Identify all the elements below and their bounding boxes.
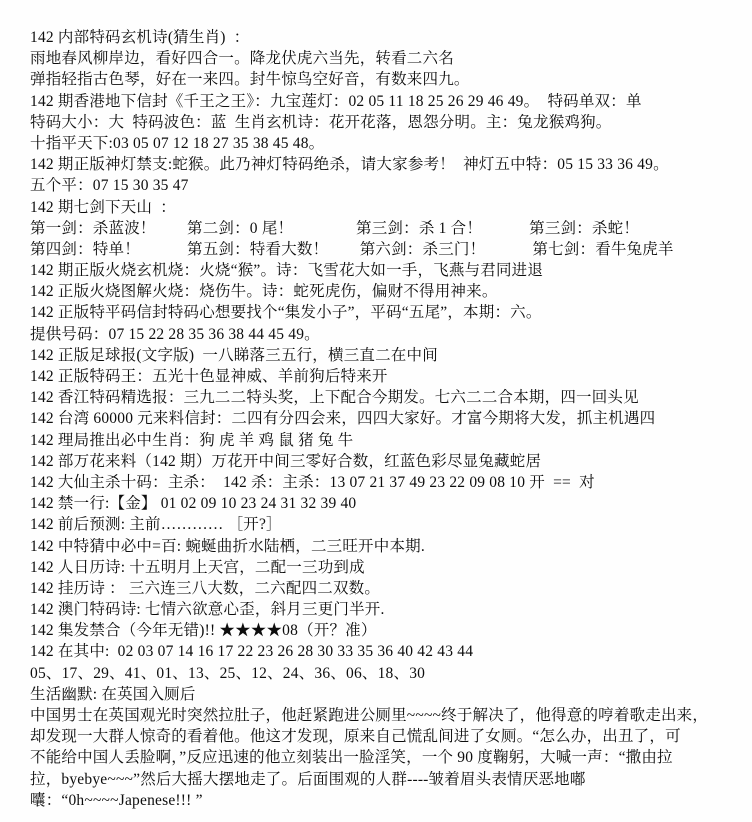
text-line: 142 期正版神灯禁支:蛇猴。此乃神灯特码绝杀，请大家参考！ 神灯五中特：05 … (30, 154, 738, 175)
text-line: 却发现一大群人惊奇的看着他。他这才发现，原来自己慌乱间进了女厕。“怎么办，出丑了… (30, 726, 738, 747)
text-line: 提供号码：07 15 22 28 35 36 38 44 45 49。 (30, 324, 738, 345)
text-line: 142 正版特码王：五光十色显神威、羊前狗后特来开 (30, 366, 738, 387)
text-line: 142 集发禁合（今年无错)!! ★★★★08（开？准） (30, 620, 738, 641)
text-line: 142 正版火烧图解火烧：烧伤牛。诗：蛇死虎伤，偏财不得用神来。 (30, 281, 738, 302)
text-line: 05、17、29、41、01、13、25、12、24、36、06、18、30 (30, 663, 738, 684)
text-line: 142 部万花来料（142 期）万花开中间三零好合数，红蓝色彩尽显兔藏蛇居 (30, 451, 738, 472)
text-line: 142 正版特平码信封特码心想要找个“集发小子”，平码“五尾”，本期：六。 (30, 302, 738, 323)
text-line: 142 期香港地下信封《千王之王》：九宝莲灯：02 05 11 18 25 26… (30, 91, 738, 112)
text-line: 142 香江特码精选报：三九二二特头奖，上下配合今期发。七六二二合本期，四一回头… (30, 387, 738, 408)
text-line: 142 人日历诗: 十五明月上天宫，二配一三功到成 (30, 557, 738, 578)
text-line: 囔：“0h~~~~Japenese!!! ” (30, 790, 738, 811)
text-line: 142 大仙主杀十码：主杀： 142 杀：主杀：13 07 21 37 49 2… (30, 472, 738, 493)
text-line: 142 台湾 60000 元来料信封：二四有分四会来，四四大家好。才富今期将大发… (30, 408, 738, 429)
text-line: 142 前后预测: 主前………… ［开?］ (30, 514, 738, 535)
text-line: 142 澳门特码诗: 七情六欲意心歪，斜月三更门半开. (30, 599, 738, 620)
text-line: 特码大小：大 特码波色：蓝 生肖玄机诗：花开花落，恩怨分明。主：兔龙猴鸡狗。 (30, 112, 738, 133)
text-line: 中国男士在英国观光时突然拉肚子，他赶紧跑进公厕里~~~~终于解决了，他得意的哼着… (30, 705, 738, 726)
text-line: 142 理局推出必中生肖：狗 虎 羊 鸡 鼠 猪 兔 牛 (30, 430, 738, 451)
text-line: 142 期七剑下天山 ： (30, 197, 738, 218)
text-line: 十指平天下:03 05 07 12 18 27 35 38 45 48。 (30, 133, 738, 154)
text-line: 142 正版足球报(文字版) 一八睇落三五行，横三直二在中间 (30, 345, 738, 366)
text-line: 拉，byebye~~~”然后大摇大摆地走了。后面围观的人群----皱着眉头表情厌… (30, 769, 738, 790)
text-line: 五个平：07 15 30 35 47 (30, 175, 738, 196)
text-line: 第一剑：杀蓝波！ 第二剑：0 尾！ 第三剑：杀 1 合！ 第三剑：杀蛇！ (30, 218, 738, 239)
document-page: 142 内部特码玄机诗(猜生肖) ： 雨地春风柳岸边，看好四合一。降龙伏虎六当先… (0, 0, 752, 822)
text-line: 雨地春风柳岸边，看好四合一。降龙伏虎六当先，转看二六名 (30, 48, 738, 69)
text-line: 142 禁一行:【金】 01 02 09 10 23 24 31 32 39 4… (30, 493, 738, 514)
text-line: 生活幽默: 在英国入厕后 (30, 684, 738, 705)
text-line: 142 期正版火烧玄机烧：火烧“猴”。诗：飞雪花大如一手，飞燕与君同进退 (30, 260, 738, 281)
text-line: 142 在其中: 02 03 07 14 16 17 22 23 26 28 3… (30, 641, 738, 662)
text-line: 弹指轻指古色琴，好在一来四。封牛惊鸟空好音，有数来四九。 (30, 69, 738, 90)
text-line: 不能给中国人丢脸啊，”反应迅速的他立刻装出一脸淫笑，一个 90 度鞠躬，大喊一声… (30, 747, 738, 768)
text-line: 142 内部特码玄机诗(猜生肖) ： (30, 27, 738, 48)
text-line: 第四剑：特单！ 第五剑：特看大数！ 第六剑：杀三门！ 第七剑：看牛兔虎羊 (30, 239, 738, 260)
text-line: 142 中特猜中必中=百: 蜿蜒曲折水陆栖，二三旺开中本期. (30, 536, 738, 557)
text-line: 142 挂历诗 ： 三六连三八大数，二六配四二双数。 (30, 578, 738, 599)
